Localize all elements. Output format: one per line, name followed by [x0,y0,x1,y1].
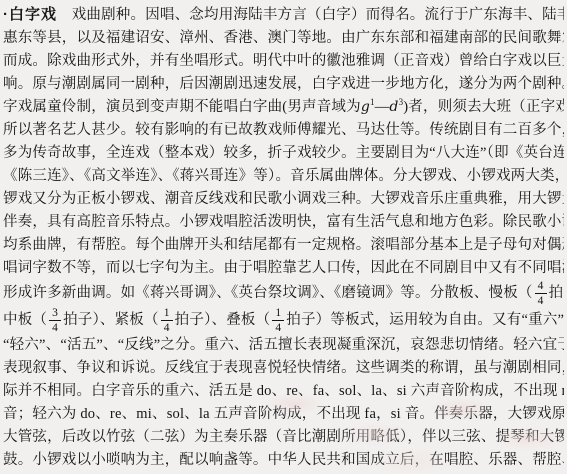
time-signature-fraction: 14 [272,307,284,334]
text-segment: 大管弦，后改以竹弦（二弦）为主奏乐器（音比潮剧所用略低），伴以三弦、提琴和大锣大 [3,429,564,445]
fraction-numerator: 1 [272,307,284,321]
text-line: 中板（34拍子）、紧板（14拍子）、叠板（14拍子）等板式，运用较为自由。又有“… [3,307,564,334]
text-line: 字戏属童伶制，演员到变声期不能唱白字曲(男声音域为g1—d3)者，则须去大班（正… [3,96,564,119]
text-line: 所以著名艺人甚少。较有影响的有已故教戏师傅耀光、马达仕等。传统剧目有二百多个，大 [3,119,564,142]
text-segment: 拍子）等板式，运用较为自由。又有“重六”、 [286,312,564,328]
pitch-letter: d [389,99,398,115]
dictionary-entry: ·白字戏 戏曲剧种。因唱、念均用海陆丰方言（白字）而得名。流行于广东海丰、陆丰、… [0,0,567,472]
text-line: 多为传奇故事，全连戏（整本戏）较多，折子戏较少。主要剧目为“八大连”（即《英台连… [3,142,564,165]
text-segment: 惠东等县，以及福建诏安、漳州、香港、澳门等地。由广东东部和福建南部的民间歌舞发展 [3,30,564,46]
text-segment: — [375,99,390,115]
fraction-denominator: 4 [272,321,284,334]
text-line: 鼓。小锣戏以小唢呐为主，配以响盏等。中华人民共和国成立后，在唱腔、乐器、帮腔、演 [3,449,564,472]
time-signature-fraction: 44 [535,280,547,307]
text-segment: 形成许多新曲调。如《蒋兴哥调》、《英台祭坟调》、《磨镜调》等。分散板、慢板（ [3,285,533,301]
text-segment: 戏曲剧种。因唱、念均用海陆丰方言（白字）而得名。流行于广东海丰、陆丰、 [57,7,564,23]
text-line: 形成许多新曲调。如《蒋兴哥调》、《英台祭坟调》、《磨镜调》等。分散板、慢板（44… [3,280,564,307]
text-line: “轻六”、“活五”、“反线”之分。重六、活五擅长表现凝重深沉，哀怨悲切情绪。轻六… [3,334,564,357]
text-line: 伴奏，具有高腔音乐特点。小锣戏唱腔活泼明快，富有生活气息和地方色彩。除民歌小调外… [3,211,564,234]
text-segment: 中板（ [3,312,47,328]
text-line: 均系曲牌，有帮腔。每个曲牌开头和结尾都有一定规格。滚唱部分基本上是子母句对偶形式… [3,234,564,257]
text-segment: 锣戏又分为正板小锣戏、潮音反线戏和民歌小调戏三种。大锣戏音乐庄重典雅，用大锣大鼓 [3,191,564,207]
text-segment: 表现叙事、争议和诉说。反线宜于表现喜悦轻快情绪。这些调类的称谓，虽与潮剧相同，实 [3,360,564,376]
text-segment: 多为传奇故事，全连戏（整本戏）较多，折子戏较少。主要剧目为“八大连”（即《英台连… [3,145,564,161]
fraction-denominator: 4 [49,321,61,334]
text-segment: 际并不相同。白字音乐的重六、活五是 do、re、fa、sol、la、si 六声音… [3,383,564,399]
fraction-numerator: 1 [161,307,173,321]
text-segment: 伴奏，具有高腔音乐特点。小锣戏唱腔活泼明快，富有生活气息和地方色彩。除民歌小调外… [3,214,564,230]
fraction-denominator: 4 [535,294,547,307]
text-line: ·白字戏 戏曲剧种。因唱、念均用海陆丰方言（白字）而得名。流行于广东海丰、陆丰、 [3,3,564,27]
text-line: 锣戏又分为正板小锣戏、潮音反线戏和民歌小调戏三种。大锣戏音乐庄重典雅，用大锣大鼓 [3,188,564,211]
pitch-letter: g [361,99,370,115]
text-segment: )者，则须去大班（正字戏）， [403,99,564,115]
text-line: 唱词字数不等，而以七字句为主。由于唱腔靠艺人口传，因此在不同剧目中又有不同唱法， [3,257,564,280]
text-segment: 拍子）、叠板（ [175,312,271,328]
time-signature-fraction: 14 [161,307,173,334]
text-segment: 音；轻六为 do、re、mi、sol、la 五声音阶构成，不出现 fa，si 音… [3,406,564,422]
text-line: 表现叙事、争议和诉说。反线宜于表现喜悦轻快情绪。这些调类的称谓，虽与潮剧相同，实 [3,357,564,380]
time-signature-fraction: 34 [49,307,61,334]
fraction-numerator: 3 [49,307,61,321]
text-segment: 字戏属童伶制，演员到变声期不能唱白字曲(男声音域为 [3,99,361,115]
text-segment: 所以著名艺人甚少。较有影响的有已故教戏师傅耀光、马达仕等。传统剧目有二百多个，大 [3,122,564,138]
fraction-numerator: 4 [535,280,547,294]
text-line: 大管弦，后改以竹弦（二弦）为主奏乐器（音比潮剧所用略低），伴以三弦、提琴和大锣大 [3,426,564,449]
entry-headword: ·白字戏 [3,6,57,23]
text-segment: 均系曲牌，有帮腔。每个曲牌开头和结尾都有一定规格。滚唱部分基本上是子母句对偶形式… [3,237,564,253]
text-line: 《陈三连》、《高文举连》、《蒋兴哥连》等）。音乐属曲牌体。分大锣戏、小锣戏两大类… [3,165,564,188]
text-line: 际并不相同。白字音乐的重六、活五是 do、re、fa、sol、la、si 六声音… [3,380,564,403]
fraction-denominator: 4 [161,321,173,334]
text-segment: 响。原与潮剧属同一剧种，后因潮剧迅速发展，白字戏进一步地方化，遂分为两个剧种。白 [3,76,564,92]
text-line: 响。原与潮剧属同一剧种，后因潮剧迅速发展，白字戏进一步地方化，遂分为两个剧种。白 [3,73,564,96]
text-segment: 《陈三连》、《高文举连》、《蒋兴哥连》等）。音乐属曲牌体。分大锣戏、小锣戏两大类… [3,168,564,184]
text-line: 而成。除戏曲形式外，并有坐唱形式。明代中叶的徽池雅调（正音戏）曾给白字戏以巨大影 [3,50,564,73]
text-line: 音；轻六为 do、re、mi、sol、la 五声音阶构成，不出现 fa，si 音… [3,403,564,426]
text-line: 惠东等县，以及福建诏安、漳州、香港、澳门等地。由广东东部和福建南部的民间歌舞发展 [3,27,564,50]
text-segment: 而成。除戏曲形式外，并有坐唱形式。明代中叶的徽池雅调（正音戏）曾给白字戏以巨大影 [3,53,564,69]
text-segment: 拍子）、紧板（ [63,312,159,328]
text-segment: 唱词字数不等，而以七字句为主。由于唱腔靠艺人口传，因此在不同剧目中又有不同唱法， [3,260,564,276]
text-segment: 拍子）、 [549,285,564,301]
text-segment: “轻六”、“活五”、“反线”之分。重六、活五擅长表现凝重深沉，哀怨悲切情绪。轻六… [3,337,564,353]
text-segment: 鼓。小锣戏以小唢呐为主，配以响盏等。中华人民共和国成立后，在唱腔、乐器、帮腔、演 [3,452,564,468]
